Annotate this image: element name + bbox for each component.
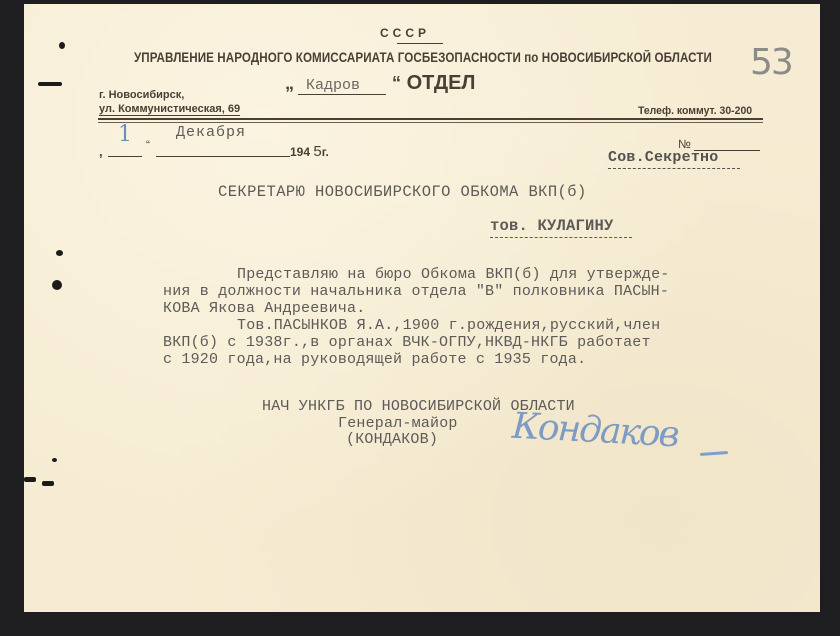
body-line: Представляю на бюро Обкома ВКП(б) для ут… — [237, 266, 669, 283]
address-city: г. Новосибирск, — [99, 89, 184, 101]
date-year: 194 5г. — [290, 143, 329, 160]
letterhead-rule — [98, 118, 763, 120]
letterhead-department: „Кадров“ ОТДЕЛ — [285, 72, 475, 95]
punch-hole — [24, 477, 36, 482]
dept-close-quote: “ — [392, 73, 401, 93]
body-line: ВКП(б) с 1938г.,в органах ВЧК-ОГПУ,НКВД-… — [163, 334, 651, 351]
handwritten-signature: Кондаков — [511, 406, 679, 456]
date-open-quote: , — [99, 144, 103, 159]
signatory-rank: Генерал-майор — [338, 415, 458, 432]
body-line: Тов.ПАСЫНКОВ Я.А.,1900 г.рождения,русски… — [237, 317, 660, 334]
signatory-name: (КОНДАКОВ) — [346, 431, 438, 448]
date-month: Декабря — [176, 124, 246, 141]
punch-hole — [42, 481, 54, 486]
date-close-quote: “ — [146, 138, 150, 152]
punch-hole — [56, 250, 63, 256]
year-suffix: г. — [322, 145, 329, 159]
year-prefix: 194 — [290, 145, 310, 159]
letterhead-agency: УПРАВЛЕНИЕ НАРОДНОГО КОМИССАРИАТА ГОСБЕЗ… — [134, 50, 712, 65]
classification-underline — [608, 168, 740, 169]
body-line: КОВА Якова Андреевича. — [163, 300, 365, 317]
addressee-underline — [490, 237, 632, 238]
dept-name-field: Кадров — [298, 78, 386, 95]
year-digit: 5 — [313, 143, 321, 160]
date-day: 1 — [118, 122, 132, 147]
punch-hole — [52, 280, 62, 290]
month-line — [156, 156, 290, 157]
country-underline — [397, 43, 443, 44]
classification-stamp: Сов.Секретно — [608, 149, 718, 166]
phone-number: Телеф. коммут. 30-200 — [638, 105, 752, 117]
dept-open-quote: „ — [285, 73, 294, 93]
punch-hole — [59, 42, 65, 49]
dept-suffix: ОТДЕЛ — [407, 72, 476, 94]
body-line: с 1920 года,на руководящей работе с 1935… — [163, 351, 586, 368]
folio-number: 53 — [750, 42, 792, 83]
letterhead-rule-thin — [98, 122, 763, 123]
addressee-name: тов. КУЛАГИНУ — [490, 217, 614, 235]
day-line — [108, 156, 142, 157]
letterhead-country: СССР — [380, 26, 430, 40]
body-line: ния в должности начальника отдела "В" по… — [163, 283, 669, 300]
punch-hole — [52, 458, 57, 462]
address-street: ул. Коммунистическая, 69 — [99, 103, 240, 116]
punch-hole — [38, 82, 62, 86]
addressee-title: СЕКРЕТАРЮ НОВОСИБИРСКОГО ОБКОМА ВКП(б) — [218, 183, 587, 201]
